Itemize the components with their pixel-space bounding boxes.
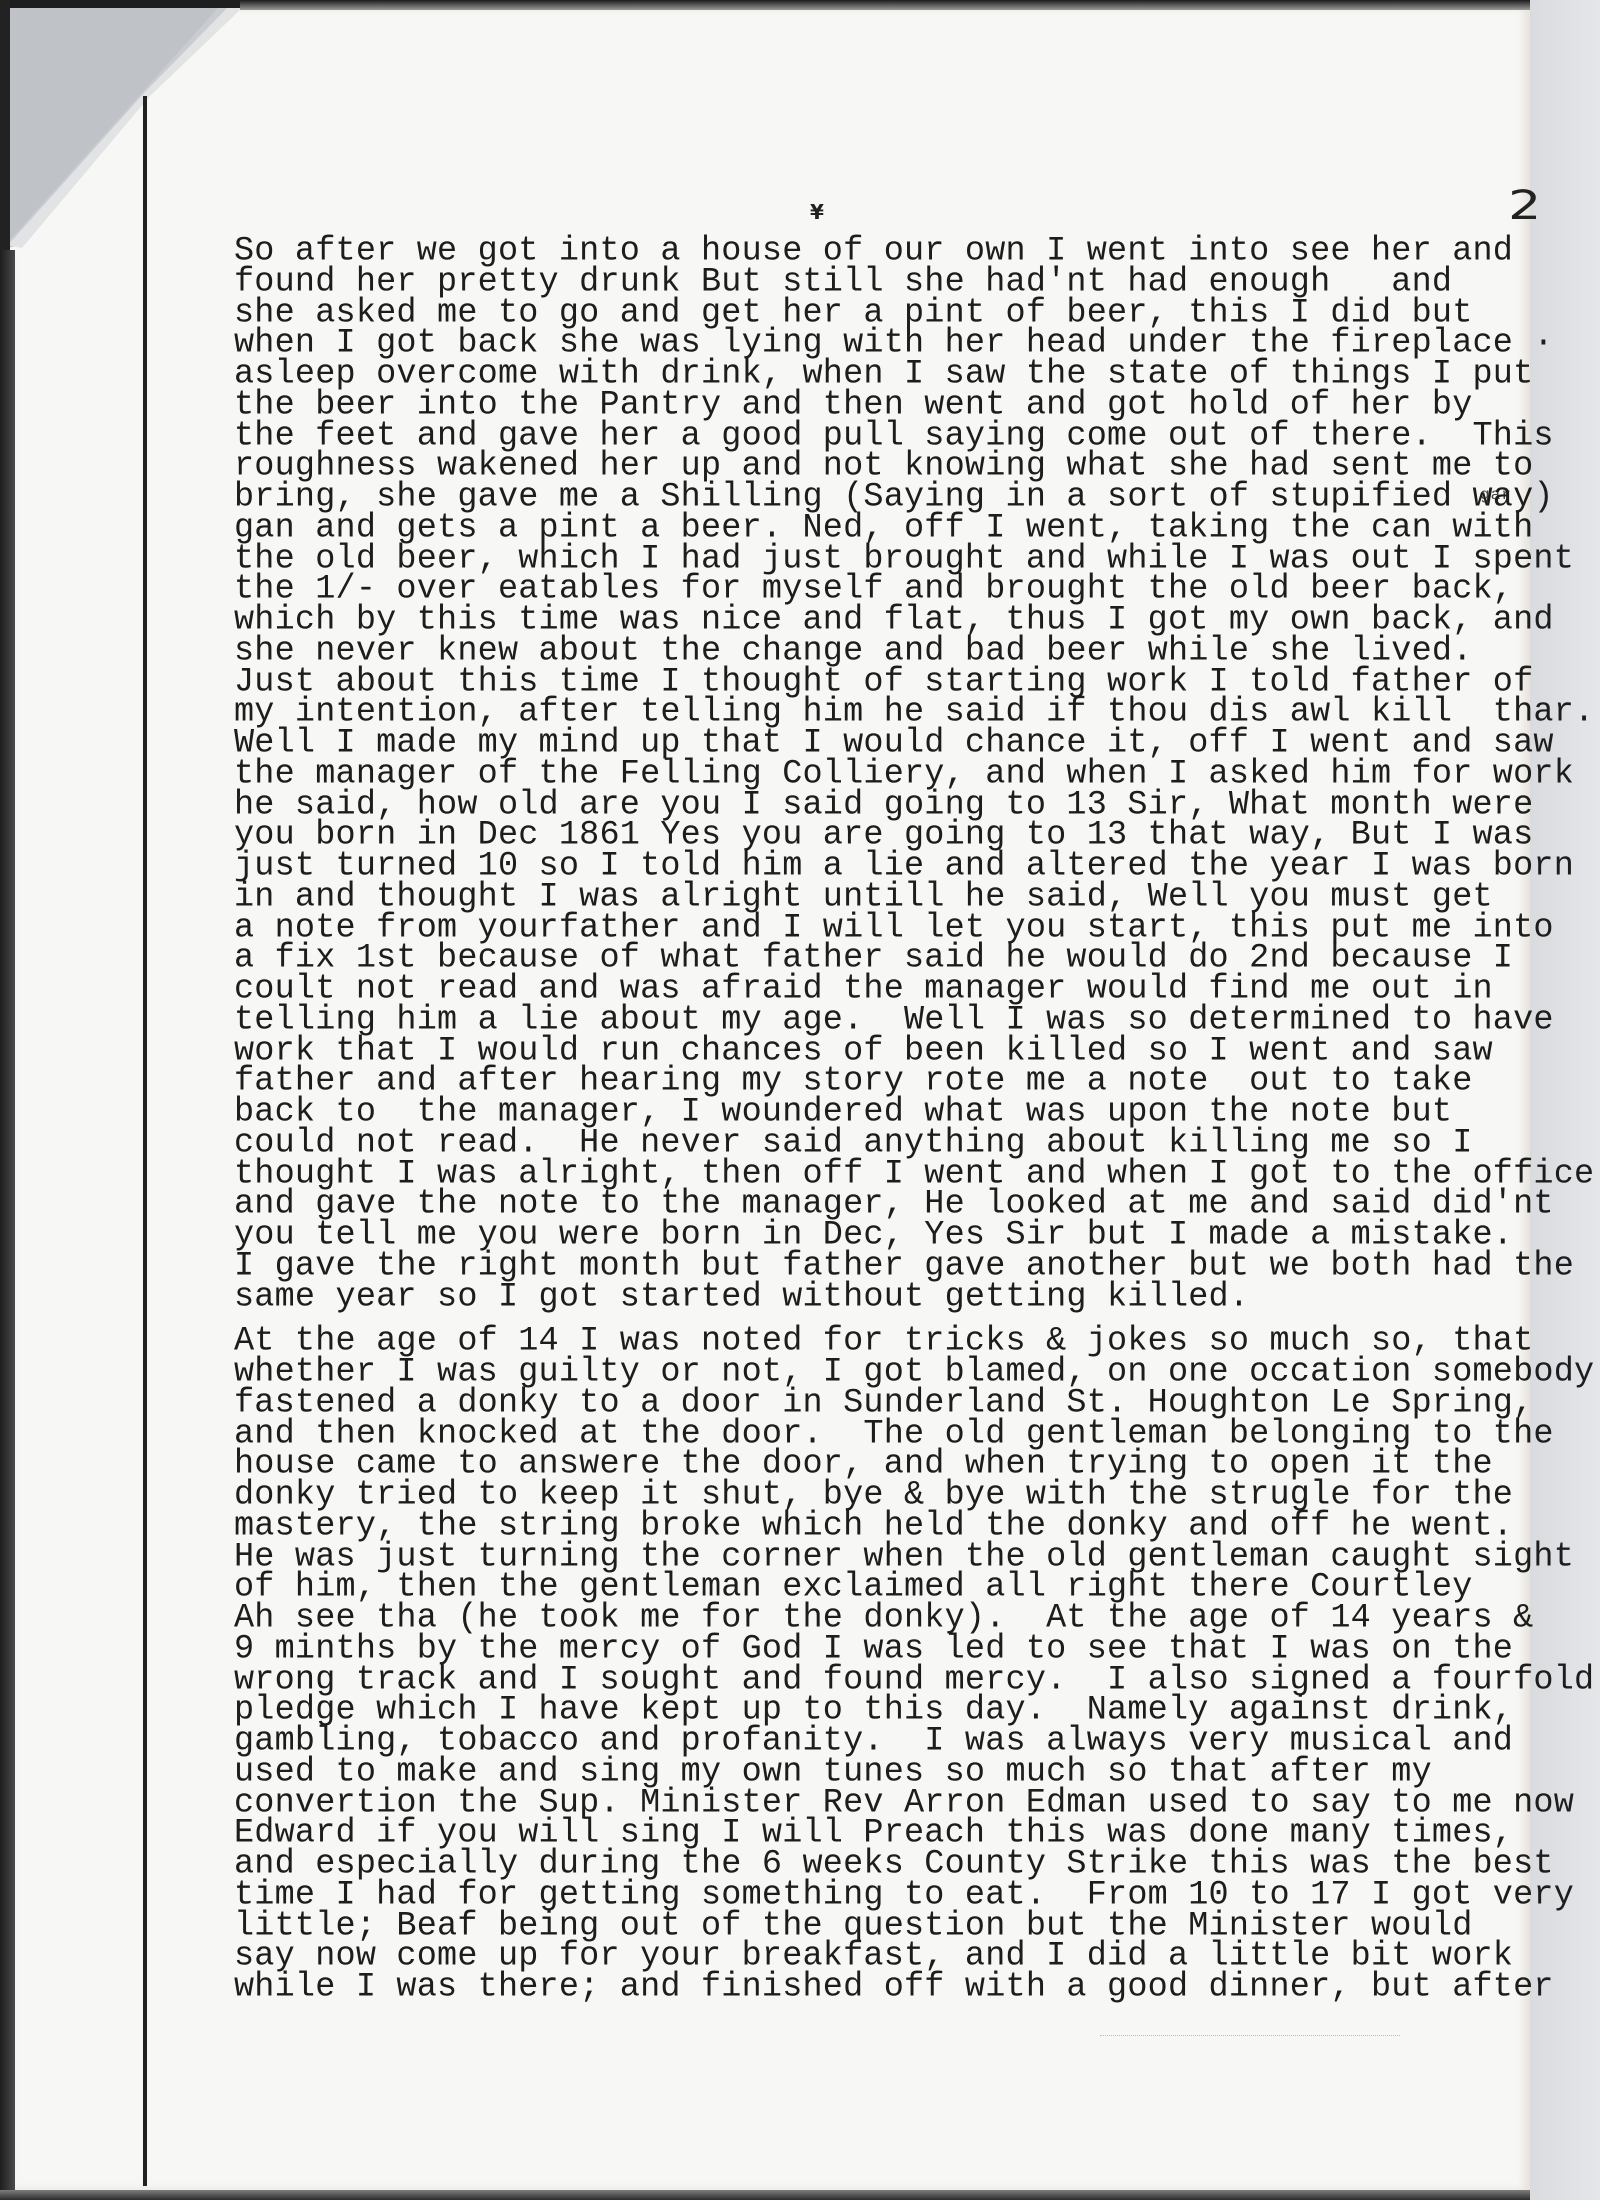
scanner-edge-bottom <box>0 2190 1530 2200</box>
scanner-edge-left <box>0 240 15 2200</box>
paragraph: At the age of 14 I was noted for tricks … <box>234 1326 1524 2003</box>
text-line: same year so I got started without getti… <box>234 1282 1524 1313</box>
curled-corner <box>0 0 240 250</box>
body-text: So after we got into a house of our own … <box>234 236 1524 2003</box>
text-line: while I was there; and finished off with… <box>234 1972 1524 2003</box>
page-number: 2 <box>1508 183 1541 229</box>
margin-rule-line <box>143 96 147 2186</box>
decorative-specks <box>1100 2035 1400 2038</box>
scanner-edge-top <box>230 0 1530 10</box>
paragraph: So after we got into a house of our own … <box>234 236 1524 1312</box>
header-mark: ¥ <box>810 200 824 224</box>
